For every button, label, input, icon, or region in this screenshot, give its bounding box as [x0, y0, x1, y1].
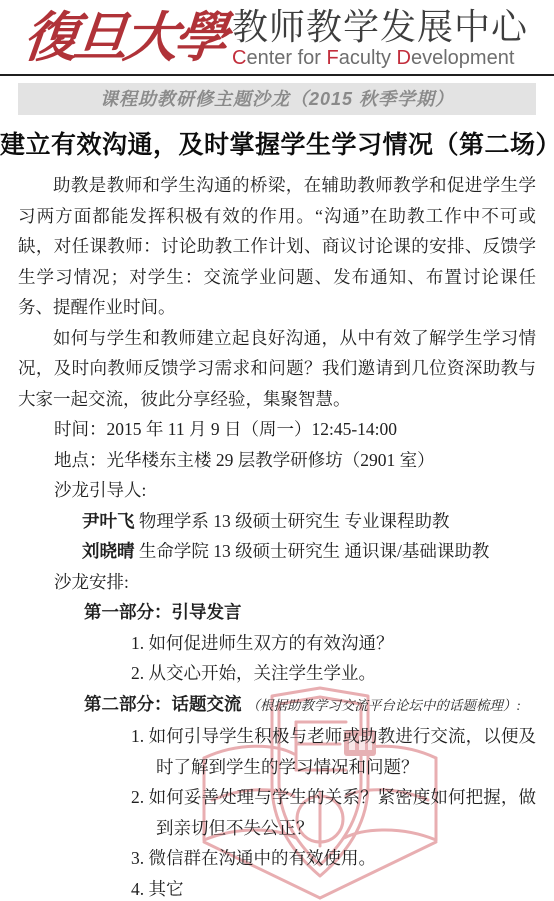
header-divider — [0, 74, 554, 76]
page-title: 建立有效沟通，及时掌握学生学习情况（第二场） — [0, 130, 554, 160]
time-label: 时间： — [54, 419, 107, 439]
facilitator-2-desc: 生命学院 13 级硕士研究生 通识课/基础课助教 — [135, 541, 490, 561]
facilitator-2-name: 刘晓晴 — [82, 541, 135, 561]
document-body: 助教是教师和学生沟通的桥梁，在辅助教师教学和促进学生学习两方面都能发挥积极有效的… — [0, 170, 554, 901]
org-en-initial-c: C — [232, 47, 246, 69]
agenda-part2-title: 第二部分：话题交流 （根据助教学习交流平台论坛中的话题梳理）: — [18, 689, 536, 722]
flyer-page: 復旦大學 教师教学发展中心 Center for Faculty Develop… — [0, 0, 554, 901]
intro-paragraph-2: 如何与学生和教师建立起良好沟通，从中有效了解学生学习情况，及时向教师反馈学习需求… — [18, 323, 536, 415]
org-en-initial-d: D — [397, 47, 411, 69]
place-label: 地点： — [54, 450, 107, 470]
time-value: 2015 年 11 月 9 日（周一）12:45-14:00 — [107, 419, 398, 439]
part2-item-3: 3. 微信群在沟通中的有效使用。 — [18, 843, 536, 874]
org-en-initial-f: F — [327, 47, 339, 69]
part1-item-2: 2. 从交心开始，关注学生学业。 — [18, 658, 536, 689]
part2-item-1: 1. 如何引导学生积极与老师或助教进行交流，以便及时了解到学生的学习情况和问题？ — [18, 721, 536, 782]
part1-item-1: 1. 如何促进师生双方的有效沟通？ — [18, 628, 536, 659]
part2-item-4: 4. 其它 — [18, 874, 536, 901]
facilitator-1-name: 尹叶飞 — [82, 511, 135, 531]
place-line: 地点：光华楼东主楼 29 层教学研修坊（2901 室） — [18, 445, 536, 476]
facilitators-heading: 沙龙引导人: — [18, 475, 536, 506]
time-line: 时间：2015 年 11 月 9 日（周一）12:45-14:00 — [18, 414, 536, 445]
facilitator-1: 尹叶飞 物理学系 13 级硕士研究生 专业课程助教 — [18, 506, 536, 537]
agenda-part1-title: 第一部分：引导发言 — [18, 597, 536, 628]
place-value: 光华楼东主楼 29 层教学研修坊（2901 室） — [107, 450, 435, 470]
org-name-block: 教师教学发展中心 Center for Faculty Development — [232, 4, 528, 70]
org-name-cn: 教师教学发展中心 — [232, 6, 528, 47]
facilitator-2: 刘晓晴 生命学院 13 级硕士研究生 通识课/基础课助教 — [18, 536, 536, 567]
fudan-calligraphy-logo: 復旦大學 — [21, 4, 236, 68]
facilitator-1-desc: 物理学系 13 级硕士研究生 专业课程助教 — [135, 511, 450, 531]
agenda-heading: 沙龙安排: — [18, 567, 536, 598]
part2-title-note: （根据助教学习交流平台论坛中的话题梳理）: — [246, 698, 521, 713]
header: 復旦大學 教师教学发展中心 Center for Faculty Develop… — [0, 0, 554, 72]
intro-paragraph-1: 助教是教师和学生沟通的桥梁，在辅助教师教学和促进学生学习两方面都能发挥积极有效的… — [18, 170, 536, 323]
part2-title-text: 第二部分：话题交流 — [84, 694, 246, 714]
org-name-en: Center for Faculty Development — [232, 47, 528, 70]
part2-item-2: 2. 如何妥善处理与学生的关系？紧密度如何把握，做到亲切但不失公正？ — [18, 782, 536, 843]
series-banner: 课程助教研修主题沙龙（2015 秋季学期） — [18, 83, 536, 115]
